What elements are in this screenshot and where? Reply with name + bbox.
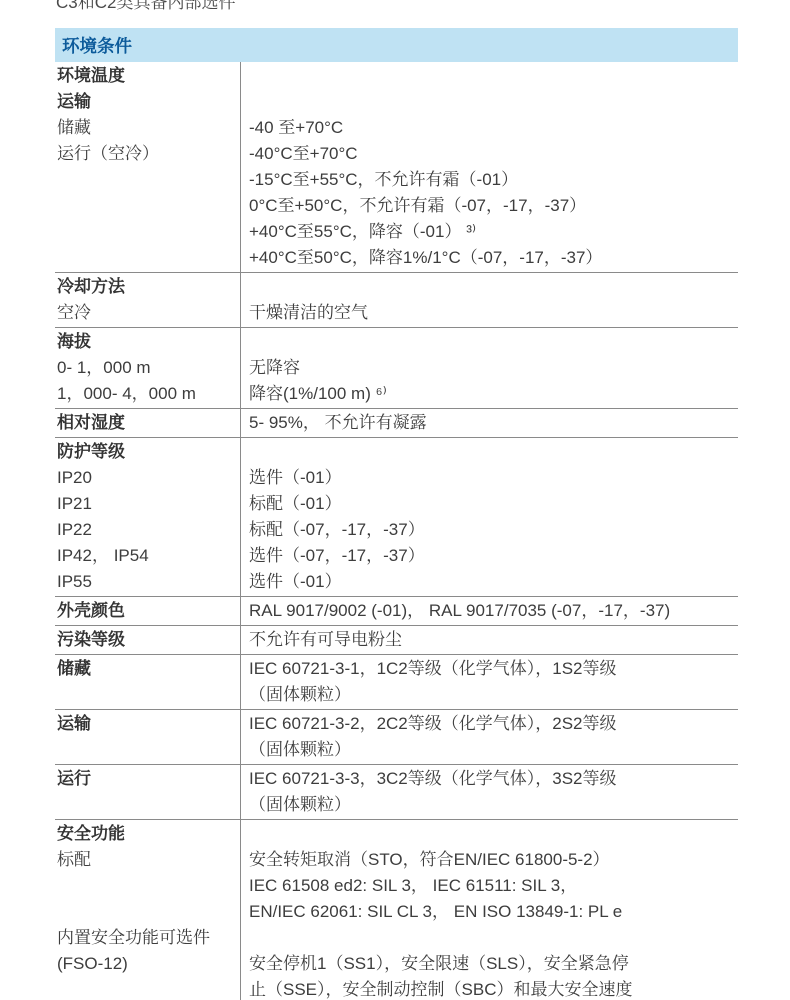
- value-line: IEC 61508 ed2: SIL 3， IEC 61511: SIL 3，: [249, 873, 738, 899]
- label-line: [57, 899, 240, 925]
- value-line: 无降容: [249, 355, 738, 381]
- table-row: 海拔0- 1，000 m1，000- 4，000 m 无降容降容(1%/100 …: [55, 327, 738, 408]
- label-line: 相对湿度: [57, 410, 240, 436]
- spec-table: 环境温度运输储藏运行（空冷） -40 至+70°C-40°C至+70°C-15°…: [55, 62, 738, 1000]
- value-line: IEC 60721-3-1，1C2等级（化学气体），1S2等级: [249, 656, 738, 682]
- value-line: 不允许有可导电粉尘: [249, 627, 738, 653]
- value-line: （固体颗粒）: [249, 682, 738, 708]
- label-line: 运输: [57, 89, 240, 115]
- row-values: 选件（-01）标配（-01）标配（-07，-17，-37）选件（-07，-17，…: [240, 439, 738, 595]
- value-line: [249, 89, 738, 115]
- table-row: 储藏 IEC 60721-3-1，1C2等级（化学气体），1S2等级（固体颗粒）: [55, 654, 738, 709]
- value-line: 降容(1%/100 m) ⁶⁾: [249, 381, 738, 407]
- label-line-spacer: [57, 792, 240, 818]
- value-line: 标配（-01）: [249, 491, 738, 517]
- value-line: IEC 60721-3-2，2C2等级（化学气体），2S2等级: [249, 711, 738, 737]
- row-labels: 安全功能标配 内置安全功能可选件(FSO-12): [55, 821, 240, 1000]
- value-line: 选件（-01）: [249, 569, 738, 595]
- row-labels: 海拔0- 1，000 m1，000- 4，000 m: [55, 329, 240, 407]
- value-line: EN/IEC 62061: SIL CL 3， EN ISO 13849-1: …: [249, 899, 738, 925]
- label-line-spacer: [57, 737, 240, 763]
- label-line: 1，000- 4，000 m: [57, 381, 240, 407]
- value-line: （固体颗粒）: [249, 737, 738, 763]
- intro-text: C3和C2类具备内部选件: [56, 0, 235, 14]
- row-labels: 储藏: [55, 656, 240, 708]
- row-values: 5- 95%， 不允许有凝露: [240, 410, 738, 436]
- value-line: RAL 9017/9002 (-01)， RAL 9017/7035 (-07，…: [249, 598, 738, 624]
- value-line: IEC 60721-3-3，3C2等级（化学气体），3S2等级: [249, 766, 738, 792]
- section-title: 环境条件: [55, 33, 132, 58]
- value-line: +40°C至55°C，降容（-01） ³⁾: [249, 219, 738, 245]
- value-line: 选件（-01）: [249, 465, 738, 491]
- value-line: -40°C至+70°C: [249, 141, 738, 167]
- row-values: 安全转矩取消（STO，符合EN/IEC 61800-5-2）IEC 61508 …: [240, 821, 738, 1000]
- label-line: 运行（空冷）: [57, 141, 240, 167]
- table-row: 防护等级IP20IP21IP22IP42， IP54IP55 选件（-01）标配…: [55, 437, 738, 596]
- document-page: C3和C2类具备内部选件 环境条件 环境温度运输储藏运行（空冷） -40 至+7…: [0, 0, 790, 1000]
- label-line: 内置安全功能可选件: [57, 925, 240, 951]
- table-row: 相对湿度5- 95%， 不允许有凝露: [55, 408, 738, 437]
- row-labels: 冷却方法空冷: [55, 274, 240, 326]
- table-row: 环境温度运输储藏运行（空冷） -40 至+70°C-40°C至+70°C-15°…: [55, 62, 738, 272]
- label-line: 冷却方法: [57, 274, 240, 300]
- value-line: +40°C至50°C，降容1%/1°C（-07，-17，-37）: [249, 245, 738, 271]
- row-values: IEC 60721-3-1，1C2等级（化学气体），1S2等级（固体颗粒）: [240, 656, 738, 708]
- table-row: 污染等级不允许有可导电粉尘: [55, 625, 738, 654]
- row-labels: 防护等级IP20IP21IP22IP42， IP54IP55: [55, 439, 240, 595]
- label-line-spacer: [57, 167, 240, 193]
- label-line: 环境温度: [57, 63, 240, 89]
- row-labels: 外壳颜色: [55, 598, 240, 624]
- table-row: 外壳颜色RAL 9017/9002 (-01)， RAL 9017/7035 (…: [55, 596, 738, 625]
- table-row: 冷却方法空冷 干燥清洁的空气: [55, 272, 738, 327]
- label-line: 安全功能: [57, 821, 240, 847]
- value-line: [249, 329, 738, 355]
- row-labels: 运输: [55, 711, 240, 763]
- row-values: 无降容降容(1%/100 m) ⁶⁾: [240, 329, 738, 407]
- label-line: 运行: [57, 766, 240, 792]
- row-labels: 环境温度运输储藏运行（空冷）: [55, 63, 240, 271]
- label-line: IP22: [57, 517, 240, 543]
- row-values: 不允许有可导电粉尘: [240, 627, 738, 653]
- label-line-spacer: [57, 219, 240, 245]
- table-row: 安全功能标配 内置安全功能可选件(FSO-12) 安全转矩取消（STO，符合EN…: [55, 819, 738, 1000]
- table-row: 运行 IEC 60721-3-3，3C2等级（化学气体），3S2等级（固体颗粒）: [55, 764, 738, 819]
- value-line: 干燥清洁的空气: [249, 300, 738, 326]
- label-line: [57, 873, 240, 899]
- label-line: 污染等级: [57, 627, 240, 653]
- value-line: 0°C至+50°C，不允许有霜（-07，-17，-37）: [249, 193, 738, 219]
- label-line: 外壳颜色: [57, 598, 240, 624]
- label-line: 标配: [57, 847, 240, 873]
- row-values: 干燥清洁的空气: [240, 274, 738, 326]
- label-line: (FSO-12): [57, 951, 240, 977]
- section-header-bar: 环境条件: [55, 28, 738, 62]
- label-line: IP42， IP54: [57, 543, 240, 569]
- row-values: IEC 60721-3-2，2C2等级（化学气体），2S2等级（固体颗粒）: [240, 711, 738, 763]
- label-line-spacer: [57, 682, 240, 708]
- value-line: 5- 95%， 不允许有凝露: [249, 410, 738, 436]
- value-line: 止（SSE），安全制动控制（SBC）和最大安全速度: [249, 977, 738, 1000]
- table-row: 运输 IEC 60721-3-2，2C2等级（化学气体），2S2等级（固体颗粒）: [55, 709, 738, 764]
- label-line-spacer: [57, 193, 240, 219]
- label-line: 储藏: [57, 656, 240, 682]
- value-line: [249, 925, 738, 951]
- label-line: 防护等级: [57, 439, 240, 465]
- row-values: RAL 9017/9002 (-01)， RAL 9017/7035 (-07，…: [240, 598, 738, 624]
- row-values: -40 至+70°C-40°C至+70°C-15°C至+55°C，不允许有霜（-…: [240, 63, 738, 271]
- value-line: 安全停机1（SS1），安全限速（SLS），安全紧急停: [249, 951, 738, 977]
- row-values: IEC 60721-3-3，3C2等级（化学气体），3S2等级（固体颗粒）: [240, 766, 738, 818]
- value-line: -15°C至+55°C，不允许有霜（-01）: [249, 167, 738, 193]
- value-line: [249, 63, 738, 89]
- label-line-spacer: [57, 977, 240, 1000]
- label-line: IP21: [57, 491, 240, 517]
- column-divider-line: [240, 62, 241, 1000]
- row-labels: 相对湿度: [55, 410, 240, 436]
- value-line: 选件（-07，-17，-37）: [249, 543, 738, 569]
- value-line: 安全转矩取消（STO，符合EN/IEC 61800-5-2）: [249, 847, 738, 873]
- row-labels: 污染等级: [55, 627, 240, 653]
- value-line: （固体颗粒）: [249, 792, 738, 818]
- label-line: 储藏: [57, 115, 240, 141]
- value-line: [249, 821, 738, 847]
- label-line: IP20: [57, 465, 240, 491]
- label-line: IP55: [57, 569, 240, 595]
- row-labels: 运行: [55, 766, 240, 818]
- value-line: [249, 439, 738, 465]
- value-line: 标配（-07，-17，-37）: [249, 517, 738, 543]
- value-line: -40 至+70°C: [249, 115, 738, 141]
- label-line-spacer: [57, 245, 240, 271]
- label-line: 空冷: [57, 300, 240, 326]
- label-line: 运输: [57, 711, 240, 737]
- label-line: 海拔: [57, 329, 240, 355]
- label-line: 0- 1，000 m: [57, 355, 240, 381]
- value-line: [249, 274, 738, 300]
